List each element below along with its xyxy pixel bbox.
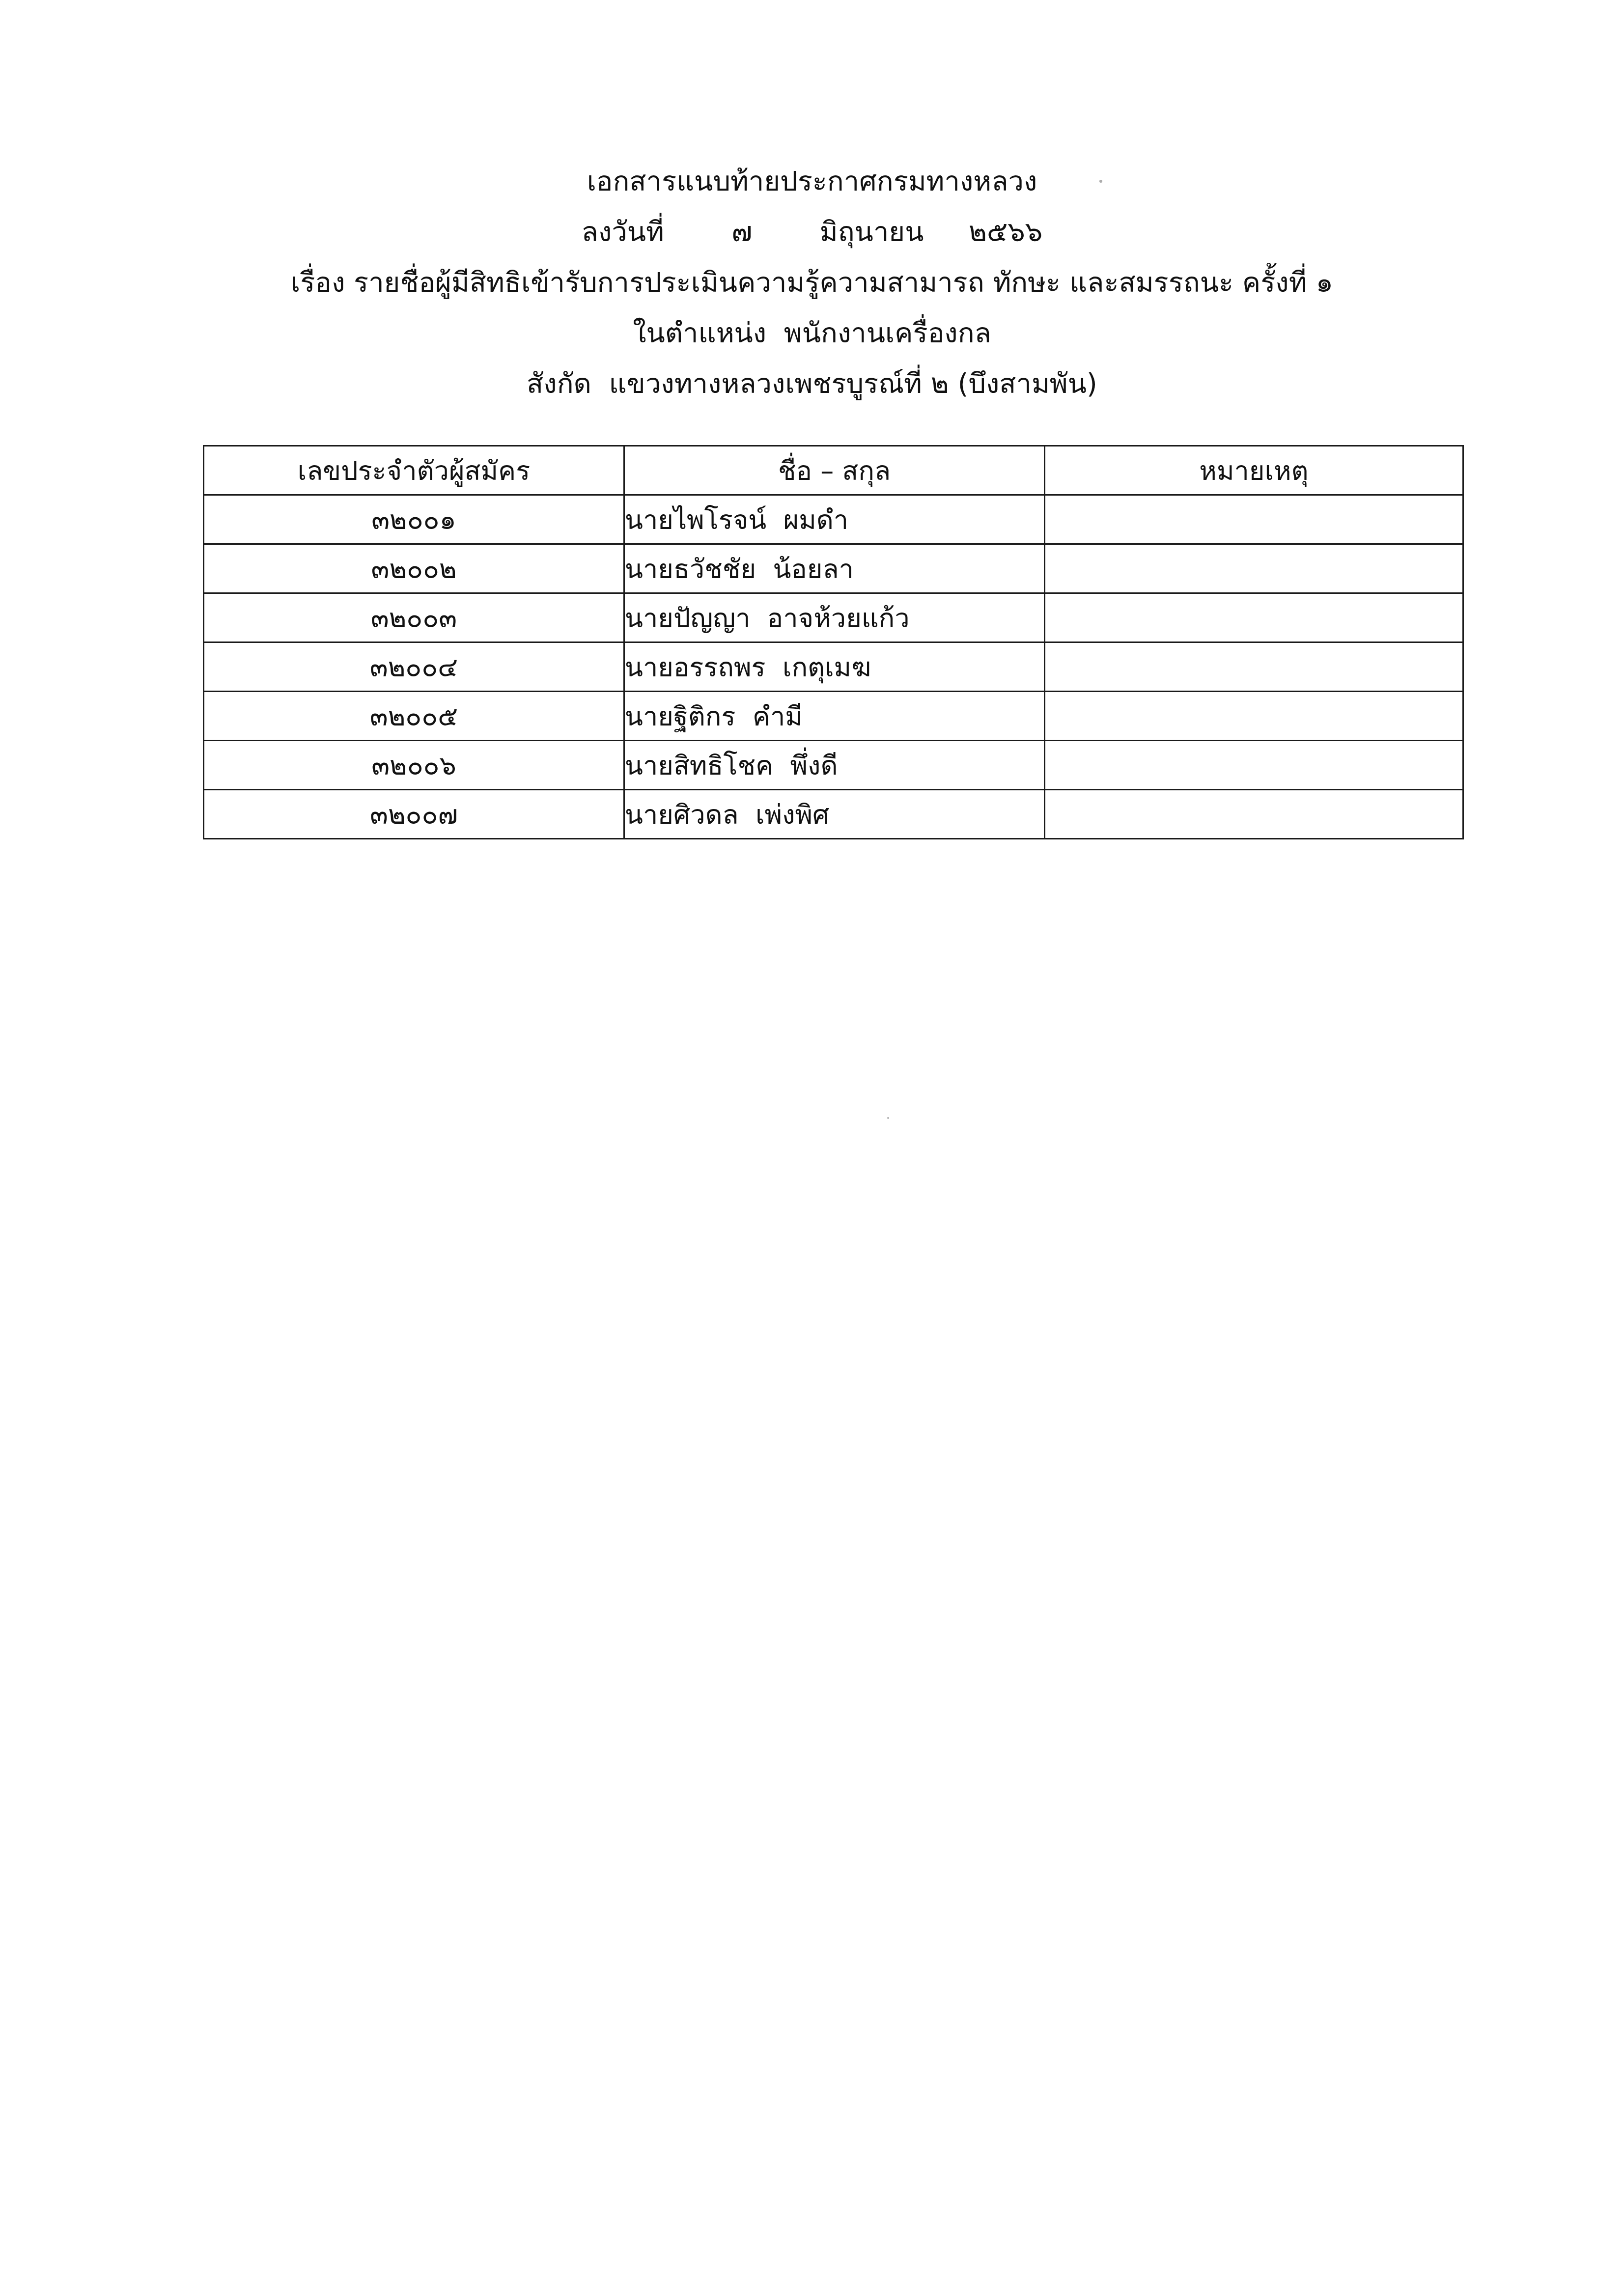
applicant-name-cell: นายฐิติกร คำมี [624, 692, 1045, 741]
remarks-cell [1045, 790, 1463, 839]
table-row: ๓๒๐๐๒นายธวัชชัย น้อยลา [204, 544, 1463, 593]
heading-affiliation: สังกัด แขวงทางหลวงเพชรบูรณ์ที่ ๒ (บึงสาม… [0, 359, 1624, 409]
heading-position: ในตำแหน่ง พนักงานเครื่องกล [0, 308, 1624, 359]
scan-artifact-dot [1099, 180, 1102, 183]
heading-attachment-title: เอกสารแนบท้ายประกาศกรมทางหลวง [0, 156, 1624, 207]
table-header-row: เลขประจำตัวผู้สมัคร ชื่อ – สกุล หมายเหตุ [204, 446, 1463, 495]
applicant-name-cell: นายสิทธิโชค พึ่งดี [624, 741, 1045, 790]
document-heading: เอกสารแนบท้ายประกาศกรมทางหลวง ลงวันที่ ๗… [0, 156, 1624, 409]
remarks-cell [1045, 495, 1463, 544]
applicant-name-cell: นายไพโรจน์ ผมดำ [624, 495, 1045, 544]
applicant-id-cell: ๓๒๐๐๑ [204, 495, 624, 544]
applicant-id-cell: ๓๒๐๐๒ [204, 544, 624, 593]
applicant-id-cell: ๓๒๐๐๕ [204, 692, 624, 741]
table-body: ๓๒๐๐๑นายไพโรจน์ ผมดำ๓๒๐๐๒นายธวัชชัย น้อย… [204, 495, 1463, 839]
applicant-id-cell: ๓๒๐๐๓ [204, 593, 624, 642]
remarks-cell [1045, 642, 1463, 692]
scan-artifact-dot [887, 1117, 889, 1119]
remarks-cell [1045, 741, 1463, 790]
applicant-name-cell: นายศิวดล เพ่งพิศ [624, 790, 1045, 839]
applicant-name-cell: นายธวัชชัย น้อยลา [624, 544, 1045, 593]
table-row: ๓๒๐๐๗นายศิวดล เพ่งพิศ [204, 790, 1463, 839]
column-header-full-name: ชื่อ – สกุล [624, 446, 1045, 495]
applicant-id-cell: ๓๒๐๐๔ [204, 642, 624, 692]
table-row: ๓๒๐๐๓นายปัญญา อาจห้วยแก้ว [204, 593, 1463, 642]
remarks-cell [1045, 544, 1463, 593]
remarks-cell [1045, 593, 1463, 642]
document-page: เอกสารแนบท้ายประกาศกรมทางหลวง ลงวันที่ ๗… [0, 0, 1624, 2287]
applicant-name-cell: นายอรรถพร เกตุเมฆ [624, 642, 1045, 692]
applicant-id-cell: ๓๒๐๐๖ [204, 741, 624, 790]
remarks-cell [1045, 692, 1463, 741]
applicants-table: เลขประจำตัวผู้สมัคร ชื่อ – สกุล หมายเหตุ… [203, 445, 1464, 839]
applicant-id-cell: ๓๒๐๐๗ [204, 790, 624, 839]
table-row: ๓๒๐๐๕นายฐิติกร คำมี [204, 692, 1463, 741]
table-row: ๓๒๐๐๖นายสิทธิโชค พึ่งดี [204, 741, 1463, 790]
applicant-name-cell: นายปัญญา อาจห้วยแก้ว [624, 593, 1045, 642]
table-row: ๓๒๐๐๑นายไพโรจน์ ผมดำ [204, 495, 1463, 544]
column-header-remarks: หมายเหตุ [1045, 446, 1463, 495]
table-row: ๓๒๐๐๔นายอรรถพร เกตุเมฆ [204, 642, 1463, 692]
heading-subject: เรื่อง รายชื่อผู้มีสิทธิเข้ารับการประเมิ… [0, 257, 1624, 308]
column-header-applicant-id: เลขประจำตัวผู้สมัคร [204, 446, 624, 495]
heading-date: ลงวันที่ ๗ มิถุนายน ๒๕๖๖ [0, 207, 1624, 257]
